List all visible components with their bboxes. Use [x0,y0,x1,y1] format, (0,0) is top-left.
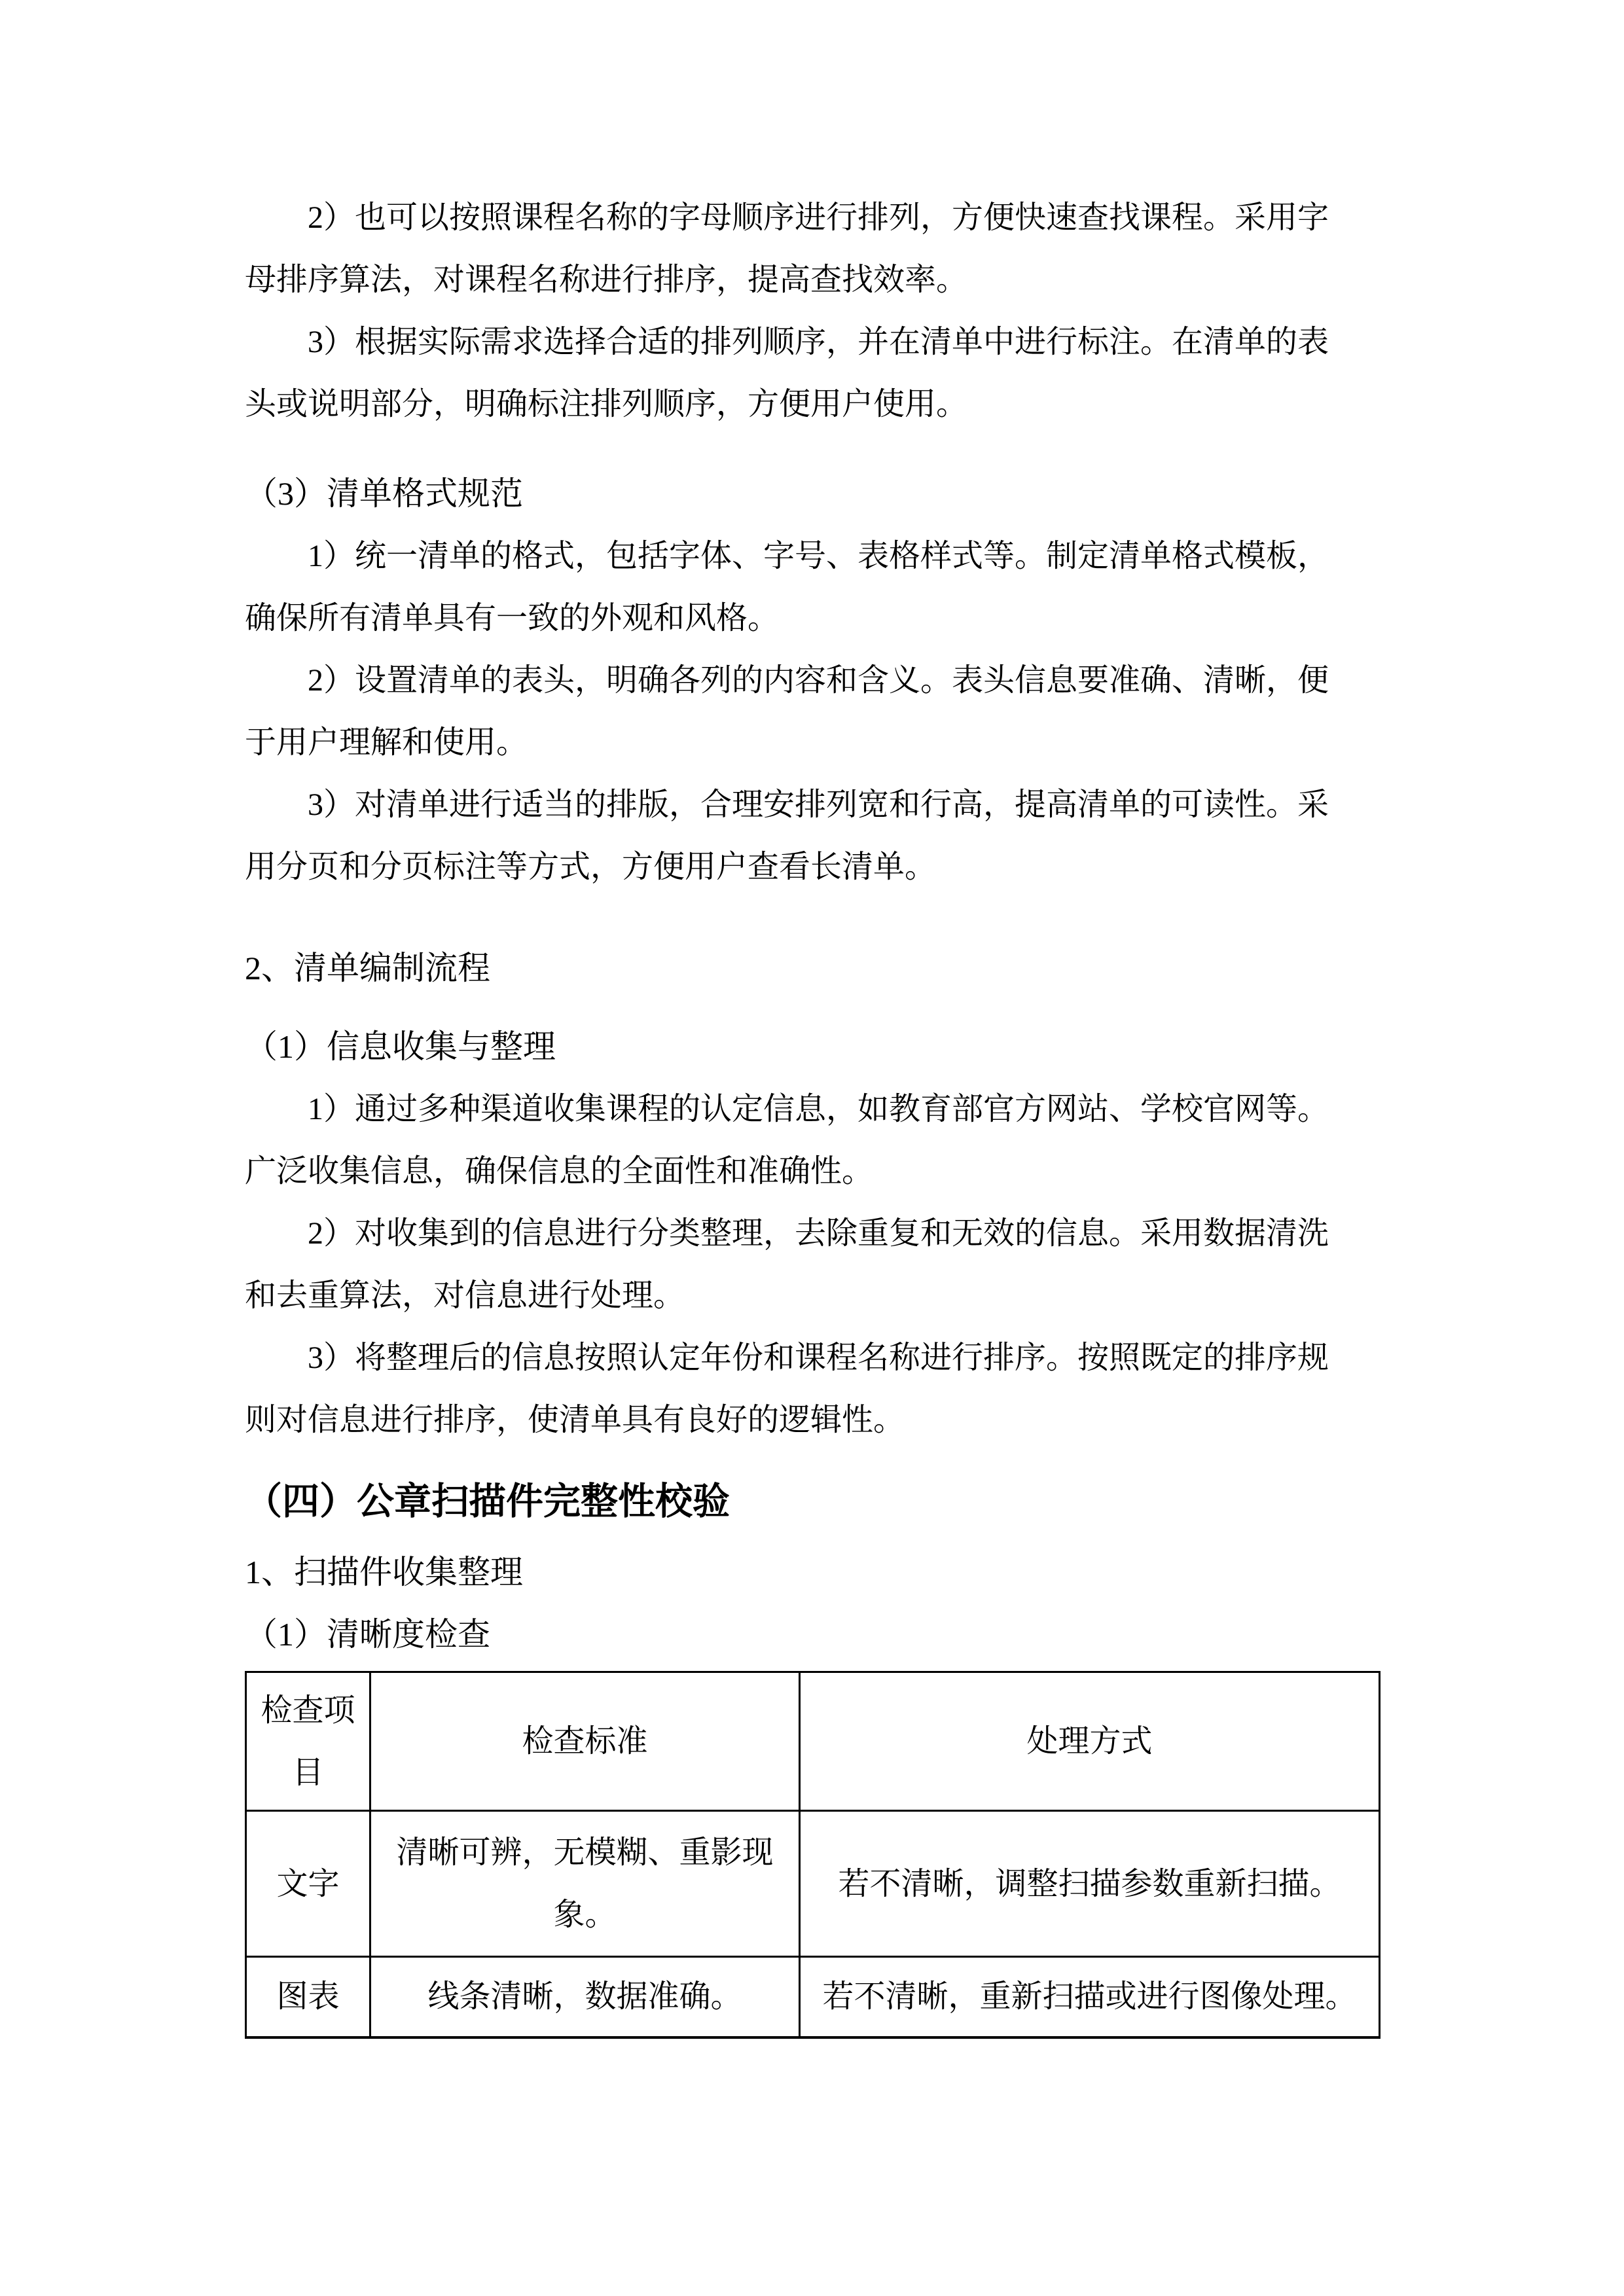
body-line: 广泛收集信息，确保信息的全面性和准确性。 [245,1140,1379,1202]
body-line: 1）通过多种渠道收集课程的认定信息，如教育部官方网站、学校官网等。 [245,1078,1379,1140]
body-line: 1）统一清单的格式，包括字体、字号、表格样式等。制定清单格式模板， [245,525,1379,587]
body-line: 于用户理解和使用。 [245,711,1379,774]
table-cell-item: 文字 [246,1811,370,1957]
section-subheading: （1）清晰度检查 [245,1604,1379,1666]
document-page: 2）也可以按照课程名称的字母顺序进行排列，方便快速查找课程。采用字 母排序算法，… [0,0,1624,2039]
table-header-cell: 处理方式 [800,1672,1380,1811]
body-line: 2）也可以按照课程名称的字母顺序进行排列，方便快速查找课程。采用字 [245,187,1379,249]
table-cell-standard: 线条清晰，数据准确。 [370,1957,800,2037]
section-subheading: （3）清单格式规范 [245,463,1379,525]
chapter-heading: （四）公章扫描件完整性校验 [245,1469,1379,1535]
clarity-check-table: 检查项目 检查标准 处理方式 文字 清晰可辨，无模糊、重影现象。 若不清晰，调整… [245,1671,1380,2039]
body-line: 3）对清单进行适当的排版，合理安排列宽和行高，提高清单的可读性。采 [245,774,1379,836]
section-subheading: 2、清单编制流程 [245,937,1379,999]
body-line: 3）将整理后的信息按照认定年份和课程名称进行排序。按照既定的排序规 [245,1327,1379,1389]
body-line: 头或说明部分，明确标注排列顺序，方便用户使用。 [245,373,1379,435]
section-subheading: 1、扫描件收集整理 [245,1541,1379,1604]
body-line: 则对信息进行排序，使清单具有良好的逻辑性。 [245,1389,1379,1451]
table-cell-item: 图表 [246,1957,370,2037]
table-header-cell: 检查项目 [246,1672,370,1811]
table-header-row: 检查项目 检查标准 处理方式 [246,1672,1380,1811]
body-line: 3）根据实际需求选择合适的排列顺序，并在清单中进行标注。在清单的表 [245,311,1379,373]
body-line: 确保所有清单具有一致的外观和风格。 [245,587,1379,649]
table-cell-handling: 若不清晰，重新扫描或进行图像处理。 [800,1957,1380,2037]
table-cell-handling: 若不清晰，调整扫描参数重新扫描。 [800,1811,1380,1957]
table-row: 文字 清晰可辨，无模糊、重影现象。 若不清晰，调整扫描参数重新扫描。 [246,1811,1380,1957]
body-line: 2）设置清单的表头，明确各列的内容和含义。表头信息要准确、清晰，便 [245,649,1379,711]
body-line: 母排序算法，对课程名称进行排序，提高查找效率。 [245,249,1379,311]
body-line: 用分页和分页标注等方式，方便用户查看长清单。 [245,836,1379,898]
table-cell-standard: 清晰可辨，无模糊、重影现象。 [370,1811,800,1957]
table-header-cell: 检查标准 [370,1672,800,1811]
body-line: 和去重算法，对信息进行处理。 [245,1265,1379,1327]
section-subheading: （1）信息收集与整理 [245,1016,1379,1078]
table-row: 图表 线条清晰，数据准确。 若不清晰，重新扫描或进行图像处理。 [246,1957,1380,2037]
body-line: 2）对收集到的信息进行分类整理，去除重复和无效的信息。采用数据清洗 [245,1202,1379,1265]
